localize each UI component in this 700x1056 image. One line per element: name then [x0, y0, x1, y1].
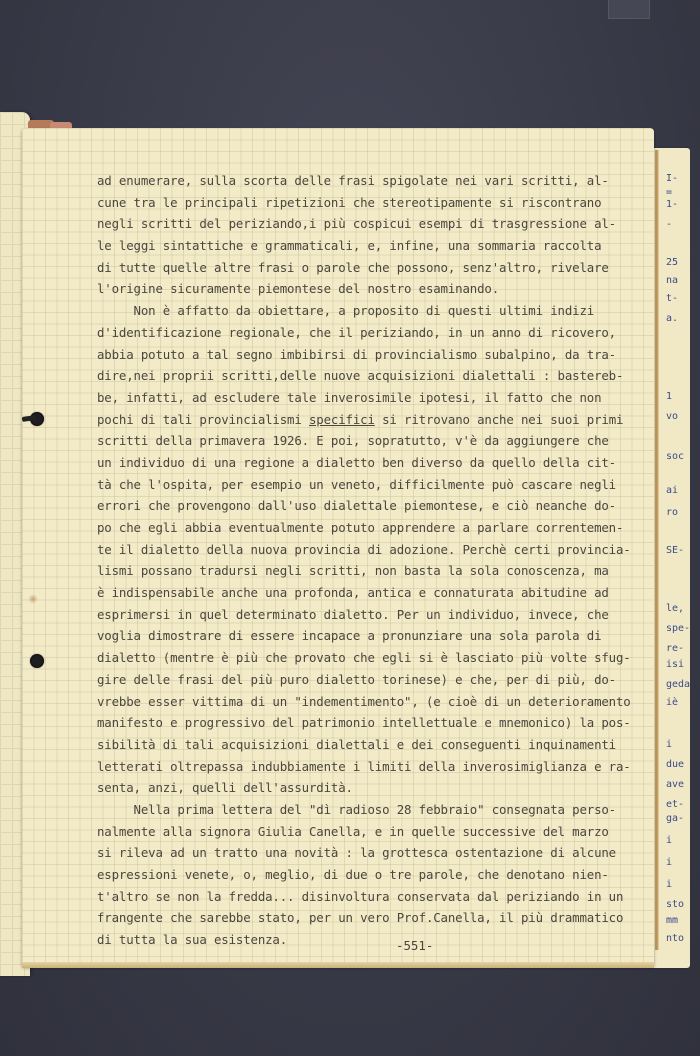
text-line: lismi possano tradursi negli scritti, no… [97, 560, 657, 582]
underlying-text-fragment: le, [666, 602, 684, 616]
text-line: d'identificazione regionale, che il peri… [97, 322, 657, 344]
underlying-text-fragment: vo [666, 410, 678, 424]
text-line: te il dialetto della nuova provincia di … [97, 539, 657, 561]
underlying-text-fragment: a. [666, 312, 678, 326]
underlined-word: specifici [309, 412, 375, 427]
text-line: ad enumerare, sulla scorta delle frasi s… [97, 170, 657, 192]
underlying-text-fragment: ro [666, 506, 678, 520]
underlying-text-fragment: SE- [666, 544, 684, 558]
text-line: è indispensabile anche una profonda, ant… [97, 582, 657, 604]
text-line: frangente che sarebbe stato, per un vero… [97, 907, 657, 929]
text-line: voglia dimostrare di essere incapace a p… [97, 625, 657, 647]
text-line: l'origine sicuramente piemontese del nos… [97, 278, 657, 300]
underlying-text-fragment: nto [666, 932, 684, 946]
text-line: si rileva ad un tratto una novità : la g… [97, 842, 657, 864]
underlying-text-fragment: 1 [666, 390, 672, 404]
text-segment: si ritrovano anche nei suoi primi [375, 412, 624, 427]
text-line: le leggi sintattiche e grammaticali, e, … [97, 235, 657, 257]
text-line: be, infatti, ad escludere tale inverosim… [97, 387, 657, 409]
underlying-text-fragment: ga- [666, 812, 684, 826]
paper-stain [28, 594, 38, 604]
underlying-text-fragment: ai [666, 484, 678, 498]
text-line: di tutta la sua esistenza. [97, 929, 657, 951]
text-line: espressioni venete, o, meglio, di due o … [97, 864, 657, 886]
text-line: abbia potuto a tal segno imbibirsi di pr… [97, 344, 657, 366]
underlying-text-fragment: geda [666, 678, 690, 692]
text-line: t'altro se non la fredda... disinvoltura… [97, 886, 657, 908]
text-line: tà che l'ospita, per esempio un veneto, … [97, 474, 657, 496]
underlying-text-fragment: - [666, 218, 672, 232]
text-line: errori che provengono dall'uso dialettal… [97, 495, 657, 517]
underlying-text-fragment: soc [666, 450, 684, 464]
text-line: scritti della primavera 1926. E poi, sop… [97, 430, 657, 452]
text-line: letterati oltrepassa indubbiamente i lim… [97, 756, 657, 778]
text-line: gire delle frasi del più puro dialetto t… [97, 669, 657, 691]
body-text: ad enumerare, sulla scorta delle frasi s… [97, 170, 657, 951]
underlying-text-fragment: re- [666, 642, 684, 656]
text-line: dire,nei proprii scritti,delle nuove acq… [97, 365, 657, 387]
text-line: pochi di tali provincialismi specifici s… [97, 409, 657, 431]
text-line: nalmente alla signora Giulia Canella, e … [97, 821, 657, 843]
text-line: vrebbe esser vittima di un "indementimen… [97, 691, 657, 713]
underlying-text-fragment: t- [666, 292, 678, 306]
underlying-text-fragment: i [666, 856, 672, 870]
underlying-text-fragment: ave [666, 778, 684, 792]
underlying-text-fragment: et- [666, 798, 684, 812]
text-line: senta, anzi, quelli dell'assurdità. [97, 777, 657, 799]
underlying-text-fragment: i [666, 738, 672, 752]
page-number: -551- [396, 938, 433, 953]
underlying-text-fragment: i [666, 834, 672, 848]
text-line: Nella prima lettera del "dì radioso 28 f… [97, 799, 657, 821]
text-line: negli scritti del periziando,i più cospi… [97, 213, 657, 235]
text-line: sibilità di tali acquisizioni dialettali… [97, 734, 657, 756]
underlying-text-fragment: spe- [666, 622, 690, 636]
underlying-text-fragment: na [666, 274, 678, 288]
text-line: di tutte quelle altre frasi o parole che… [97, 257, 657, 279]
underlying-text-fragment: due [666, 758, 684, 772]
text-line: dialetto (mentre è più che provato che e… [97, 647, 657, 669]
underlying-text-fragment: I- [666, 172, 678, 186]
underlying-text-fragment: sto [666, 898, 684, 912]
underlying-text-fragment: mm [666, 914, 678, 928]
text-line: esprimersi in quel determinato dialetto.… [97, 604, 657, 626]
text-line: un individuo di una regione a dialetto b… [97, 452, 657, 474]
binder-hole-icon [30, 654, 44, 668]
underlying-text-fragment: 1- [666, 198, 678, 212]
underlying-text-fragment: i [666, 878, 672, 892]
underlying-text-fragment: 25 [666, 256, 678, 270]
underlying-text-fragment: isi [666, 658, 684, 672]
page-bottom-edge [22, 962, 654, 968]
text-line: manifesto e progressivo del patrimonio i… [97, 712, 657, 734]
archive-stamp [608, 0, 650, 19]
underlying-text-fragment: iè [666, 696, 678, 710]
text-line: Non è affatto da obiettare, a proposito … [97, 300, 657, 322]
text-line: po che egli abbia eventualmente potuto a… [97, 517, 657, 539]
text-line: cune tra le principali ripetizioni che s… [97, 192, 657, 214]
text-segment: pochi di tali provincialismi [97, 412, 309, 427]
